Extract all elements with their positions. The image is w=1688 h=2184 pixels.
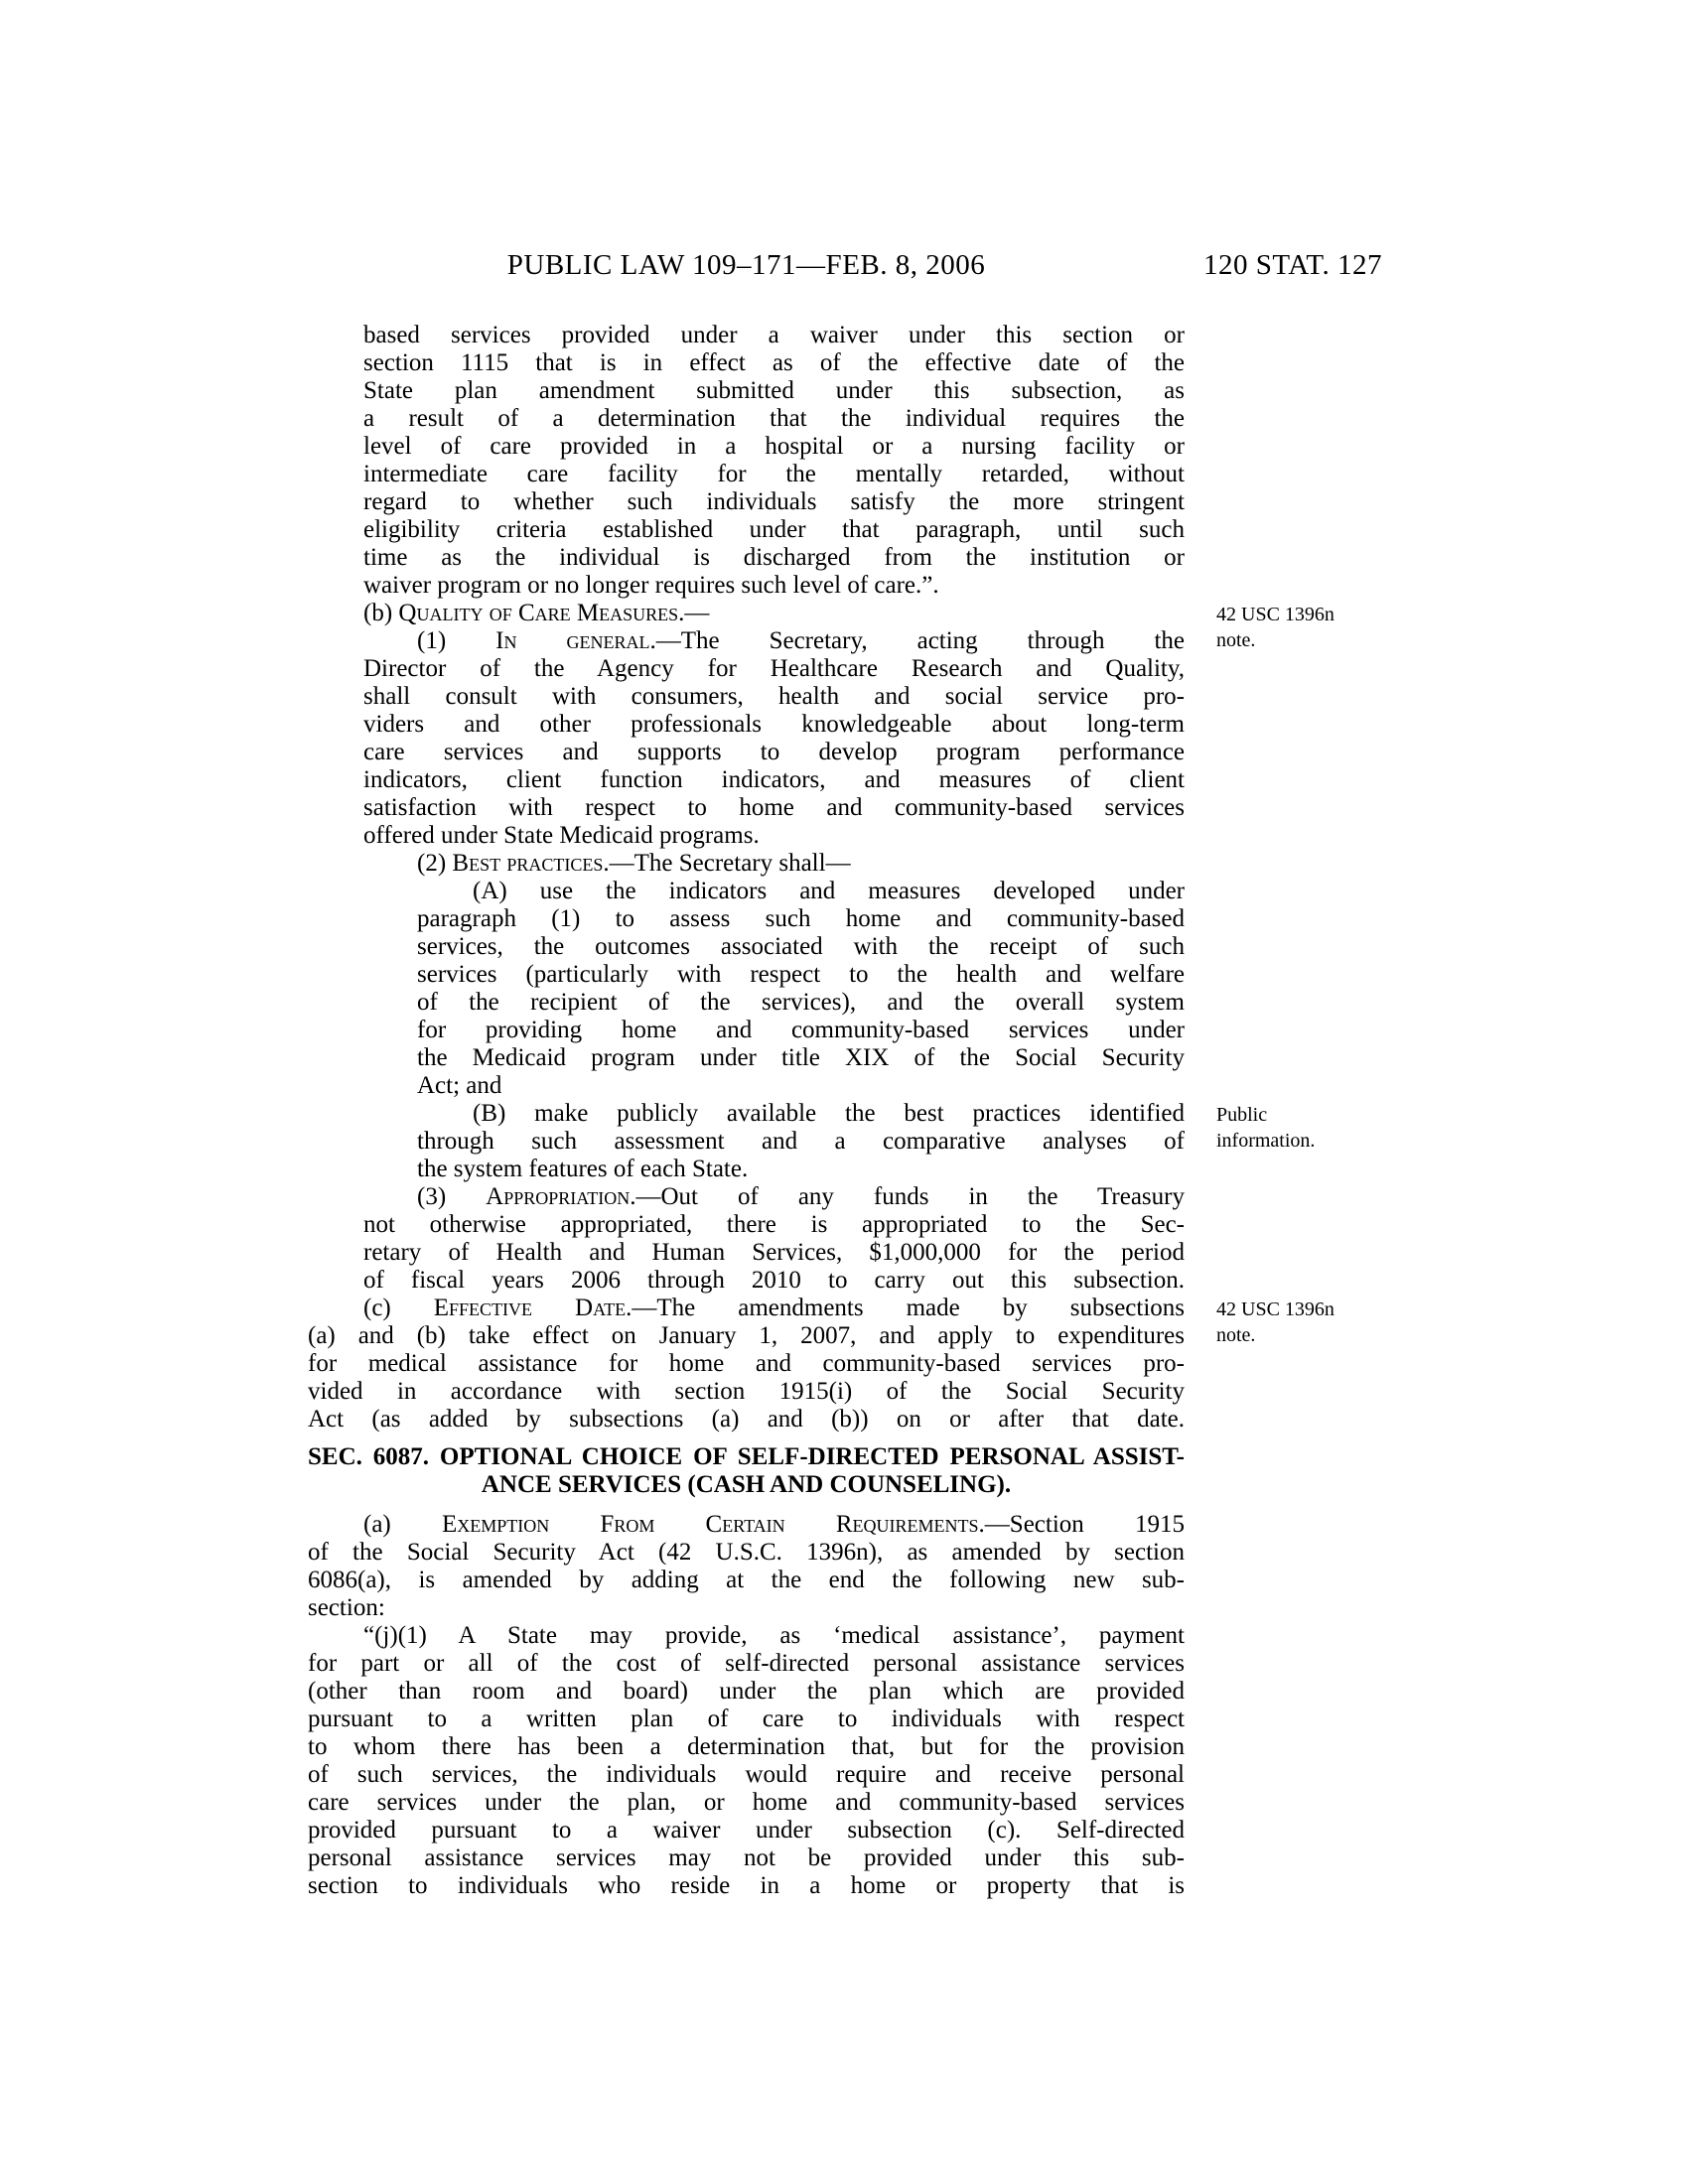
- text-segment: section to individuals who reside in a h…: [308, 1872, 1185, 1899]
- text-segment: SEC. 6087. OPTIONAL CHOICE OF SELF-DIREC…: [308, 1443, 1185, 1470]
- text-segment: satisfaction with respect to home and co…: [363, 794, 1185, 821]
- text-segment: eligibility criteria established under t…: [363, 516, 1185, 543]
- subsection-c-effective-date: (c) Effective Date.—The amendments made …: [308, 1295, 1185, 1433]
- text-segment: pursuant to a written plan of care to in…: [308, 1706, 1185, 1732]
- text-segment: .—: [678, 600, 709, 626]
- text-segment: .—The Secretary, acting through the: [649, 627, 1185, 654]
- text-segment: intermediate care facility for the menta…: [363, 461, 1185, 487]
- small-caps-segment: Appropriation: [486, 1183, 630, 1210]
- text-line: services, the outcomes associated with t…: [417, 933, 1185, 961]
- text-segment: (c): [363, 1295, 434, 1321]
- margin-note: 42 USC 1396nnote.: [1216, 1297, 1391, 1348]
- text-segment: services, the outcomes associated with t…: [417, 933, 1185, 960]
- quoted-subsection-j: “(j)(1) A State may provide, as ‘medical…: [308, 1622, 1185, 1900]
- text-line: vided in accordance with section 1915(i)…: [308, 1378, 1185, 1406]
- text-segment: not otherwise appropriated, there is app…: [363, 1211, 1185, 1238]
- text-line: of the Social Security Act (42 U.S.C. 13…: [308, 1539, 1185, 1567]
- text-segment: for providing home and community-based s…: [417, 1017, 1185, 1043]
- margin-note-line: note.: [1216, 1322, 1391, 1348]
- text-line: SEC. 6087. OPTIONAL CHOICE OF SELF-DIREC…: [308, 1443, 1185, 1471]
- text-segment: regard to whether such individuals satis…: [363, 488, 1185, 515]
- subsection-b-heading-line: (b) Quality of Care Measures.—: [308, 600, 1185, 627]
- text-segment: a result of a determination that the ind…: [363, 405, 1185, 432]
- text-segment: (3): [417, 1183, 486, 1210]
- text-line: (2) Best practices.—The Secretary shall—: [417, 850, 1185, 878]
- text-line: the Medicaid program under title XIX of …: [417, 1044, 1185, 1072]
- text-line: for medical assistance for home and comm…: [308, 1350, 1185, 1378]
- margin-note-line: 42 USC 1396n: [1216, 1297, 1391, 1322]
- text-segment: to whom there has been a determination t…: [308, 1733, 1185, 1760]
- text-segment: the Medicaid program under title XIX of …: [417, 1044, 1185, 1071]
- text-segment: shall consult with consumers, health and…: [363, 683, 1185, 710]
- text-line: for providing home and community-based s…: [417, 1017, 1185, 1044]
- text-segment: personal assistance services may not be …: [308, 1844, 1185, 1871]
- margin-note-line: information.: [1216, 1128, 1391, 1154]
- text-line: level of care provided in a hospital or …: [363, 433, 1185, 461]
- text-line: 6086(a), is amended by adding at the end…: [308, 1567, 1185, 1594]
- text-line: (1) In general.—The Secretary, acting th…: [417, 627, 1185, 655]
- text-line: a result of a determination that the ind…: [363, 405, 1185, 433]
- margin-note: Publicinformation.: [1216, 1102, 1391, 1154]
- small-caps-segment: Quality of Care Measures: [398, 600, 678, 626]
- text-segment: services (particularly with respect to t…: [417, 961, 1185, 988]
- text-segment: the system features of each State.: [417, 1156, 748, 1182]
- text-segment: of the recipient of the services), and t…: [417, 989, 1185, 1016]
- text-segment: through such assessment and a comparativ…: [417, 1128, 1185, 1155]
- text-segment: State plan amendment submitted under thi…: [363, 377, 1185, 404]
- text-line: care services and supports to develop pr…: [363, 739, 1185, 766]
- text-line: Act (as added by subsections (a) and (b)…: [308, 1406, 1185, 1433]
- paragraph-3-appropriation: (3) Appropriation.—Out of any funds in t…: [308, 1183, 1185, 1295]
- text-segment: (B) make publicly available the best pra…: [473, 1100, 1185, 1127]
- text-line: of fiscal years 2006 through 2010 to car…: [363, 1267, 1185, 1295]
- text-segment: .—The amendments made by subsections: [626, 1295, 1185, 1321]
- text-line: not otherwise appropriated, there is app…: [363, 1211, 1185, 1239]
- text-segment: (A) use the indicators and measures deve…: [473, 878, 1185, 904]
- text-segment: of fiscal years 2006 through 2010 to car…: [363, 1267, 1185, 1294]
- subparagraph-A: (A) use the indicators and measures deve…: [308, 878, 1185, 1100]
- text-line: of the recipient of the services), and t…: [417, 989, 1185, 1017]
- text-segment: Act; and: [417, 1072, 501, 1099]
- text-line: (A) use the indicators and measures deve…: [473, 878, 1185, 905]
- text-segment: of the Social Security Act (42 U.S.C. 13…: [308, 1539, 1185, 1566]
- text-line: State plan amendment submitted under thi…: [363, 377, 1185, 405]
- text-line: offered under State Medicaid programs.: [363, 822, 1185, 850]
- text-segment: viders and other professionals knowledge…: [363, 711, 1185, 738]
- statute-body-text: based services provided under a waiver u…: [308, 322, 1185, 1900]
- text-segment: section 1115 that is in effect as of the…: [363, 349, 1185, 376]
- text-segment: .—Section 1915: [979, 1511, 1185, 1538]
- small-caps-segment: In general: [495, 627, 649, 654]
- section-6087-heading: SEC. 6087. OPTIONAL CHOICE OF SELF-DIREC…: [308, 1443, 1185, 1499]
- text-segment: care services and supports to develop pr…: [363, 739, 1185, 765]
- text-segment: section:: [308, 1594, 385, 1621]
- text-line: (c) Effective Date.—The amendments made …: [363, 1295, 1185, 1322]
- text-line: based services provided under a waiver u…: [363, 322, 1185, 349]
- text-line: section:: [308, 1594, 1185, 1622]
- small-caps-segment: Effective Date: [434, 1295, 626, 1321]
- text-line: (B) make publicly available the best pra…: [473, 1100, 1185, 1128]
- text-line: (3) Appropriation.—Out of any funds in t…: [417, 1183, 1185, 1211]
- text-segment: indicators, client function indicators, …: [363, 766, 1185, 793]
- text-segment: care services under the plan, or home an…: [308, 1789, 1185, 1816]
- text-segment: (a): [363, 1511, 442, 1538]
- text-segment: Act (as added by subsections (a) and (b)…: [308, 1406, 1185, 1433]
- text-segment: Director of the Agency for Healthcare Re…: [363, 655, 1185, 682]
- text-segment: waiver program or no longer requires suc…: [363, 572, 939, 599]
- paragraph-1-in-general: (1) In general.—The Secretary, acting th…: [308, 627, 1185, 850]
- text-segment: ANCE SERVICES (CASH AND COUNSELING).: [482, 1471, 1011, 1498]
- text-line: (a) Exemption From Certain Requirements.…: [363, 1511, 1185, 1539]
- text-line: viders and other professionals knowledge…: [363, 711, 1185, 739]
- text-line: satisfaction with respect to home and co…: [363, 794, 1185, 822]
- small-caps-segment: Best practices: [452, 850, 603, 877]
- text-segment: for medical assistance for home and comm…: [308, 1350, 1185, 1377]
- text-segment: based services provided under a waiver u…: [363, 322, 1185, 348]
- text-segment: offered under State Medicaid programs.: [363, 822, 760, 849]
- running-head-stat-page-number: 120 STAT. 127: [993, 248, 1382, 282]
- paragraph-2-heading-line: (2) Best practices.—The Secretary shall—: [308, 850, 1185, 878]
- text-segment: vided in accordance with section 1915(i)…: [308, 1378, 1185, 1405]
- text-segment: (2): [417, 850, 452, 877]
- text-segment: “(j)(1) A State may provide, as ‘medical…: [363, 1622, 1185, 1649]
- text-line: eligibility criteria established under t…: [363, 516, 1185, 544]
- text-line: Act; and: [417, 1072, 1185, 1100]
- text-line: to whom there has been a determination t…: [308, 1733, 1185, 1761]
- small-caps-segment: Exemption From Certain Requirements: [442, 1511, 979, 1538]
- text-segment: time as the individual is discharged fro…: [363, 544, 1185, 571]
- text-segment: (a) and (b) take effect on January 1, 20…: [308, 1322, 1185, 1349]
- subparagraph-B: (B) make publicly available the best pra…: [308, 1100, 1185, 1183]
- text-segment: of such services, the individuals would …: [308, 1761, 1185, 1788]
- text-segment: retary of Health and Human Services, $1,…: [363, 1239, 1185, 1266]
- text-line: (a) and (b) take effect on January 1, 20…: [308, 1322, 1185, 1350]
- text-line: through such assessment and a comparativ…: [417, 1128, 1185, 1156]
- text-line: section to individuals who reside in a h…: [308, 1872, 1185, 1900]
- text-segment: .—The Secretary shall—: [603, 850, 850, 877]
- text-line: intermediate care facility for the menta…: [363, 461, 1185, 488]
- text-line: Director of the Agency for Healthcare Re…: [363, 655, 1185, 683]
- text-line: provided pursuant to a waiver under subs…: [308, 1817, 1185, 1844]
- text-segment: for part or all of the cost of self-dire…: [308, 1650, 1185, 1677]
- statute-page: PUBLIC LAW 109–171—FEB. 8, 2006 120 STAT…: [0, 0, 1688, 2184]
- text-line: “(j)(1) A State may provide, as ‘medical…: [363, 1622, 1185, 1650]
- text-segment: paragraph (1) to assess such home and co…: [417, 905, 1185, 932]
- text-line: shall consult with consumers, health and…: [363, 683, 1185, 711]
- text-line: (other than room and board) under the pl…: [308, 1678, 1185, 1706]
- text-line: (b) Quality of Care Measures.—: [363, 600, 1185, 627]
- text-line: services (particularly with respect to t…: [417, 961, 1185, 989]
- text-line: ANCE SERVICES (CASH AND COUNSELING).: [308, 1471, 1185, 1499]
- subsection-a-exemption: (a) Exemption From Certain Requirements.…: [308, 1511, 1185, 1622]
- text-segment: (b): [363, 600, 398, 626]
- text-line: retary of Health and Human Services, $1,…: [363, 1239, 1185, 1267]
- text-line: the system features of each State.: [417, 1156, 1185, 1183]
- text-segment: (other than room and board) under the pl…: [308, 1678, 1185, 1705]
- text-line: section 1115 that is in effect as of the…: [363, 349, 1185, 377]
- text-segment: (1): [417, 627, 495, 654]
- margin-note-line: note.: [1216, 627, 1391, 653]
- text-line: pursuant to a written plan of care to in…: [308, 1706, 1185, 1733]
- text-line: for part or all of the cost of self-dire…: [308, 1650, 1185, 1678]
- text-line: time as the individual is discharged fro…: [363, 544, 1185, 572]
- text-segment: .—Out of any funds in the Treasury: [630, 1183, 1185, 1210]
- text-line: paragraph (1) to assess such home and co…: [417, 905, 1185, 933]
- text-segment: provided pursuant to a waiver under subs…: [308, 1817, 1185, 1843]
- text-segment: 6086(a), is amended by adding at the end…: [308, 1567, 1185, 1593]
- margin-note-line: Public: [1216, 1102, 1391, 1128]
- text-line: care services under the plan, or home an…: [308, 1789, 1185, 1817]
- text-segment: level of care provided in a hospital or …: [363, 433, 1185, 460]
- text-line: regard to whether such individuals satis…: [363, 488, 1185, 516]
- margin-note: 42 USC 1396nnote.: [1216, 602, 1391, 653]
- text-line: of such services, the individuals would …: [308, 1761, 1185, 1789]
- text-line: personal assistance services may not be …: [308, 1844, 1185, 1872]
- text-line: indicators, client function indicators, …: [363, 766, 1185, 794]
- margin-note-line: 42 USC 1396n: [1216, 602, 1391, 627]
- continuation-paragraph: based services provided under a waiver u…: [308, 322, 1185, 600]
- text-line: waiver program or no longer requires suc…: [363, 572, 1185, 600]
